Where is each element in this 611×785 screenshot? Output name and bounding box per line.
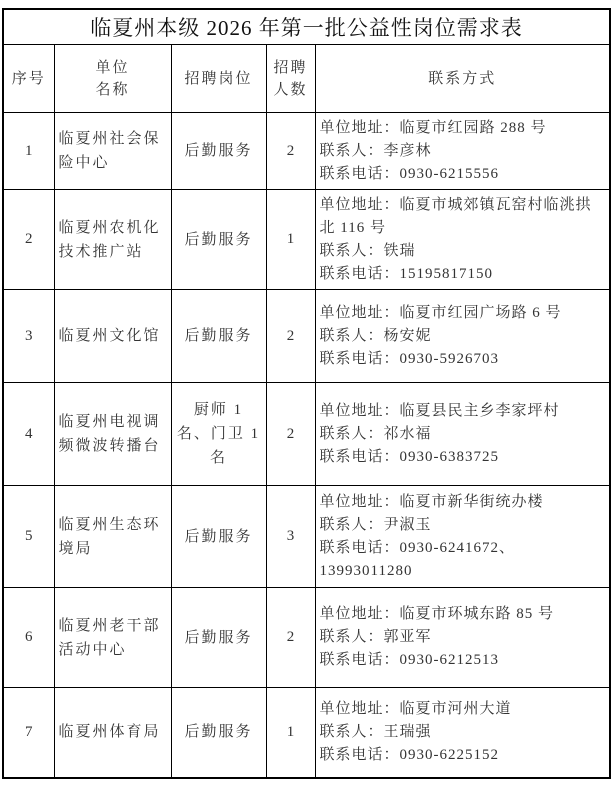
cell-unit: 临夏州农机化技术推广站 [54,190,171,290]
title-row: 临夏州本级 2026 年第一批公益性岗位需求表 [3,9,610,45]
cell-unit: 临夏州生态环境局 [54,486,171,588]
cell-no: 2 [3,190,54,290]
cell-unit: 临夏州社会保险中心 [54,113,171,190]
cell-contact: 单位地址：临夏市红园路 288 号 联系人：李彦林 联系电话：0930-6215… [315,113,610,190]
cell-position: 厨师 1 名、门卫 1 名 [171,383,266,486]
cell-count: 2 [266,290,315,383]
table-row: 3临夏州文化馆后勤服务2单位地址：临夏市红园广场路 6 号 联系人：杨安妮 联系… [3,290,610,383]
cell-unit: 临夏州电视调频微波转播台 [54,383,171,486]
table-row: 7临夏州体育局后勤服务1单位地址：临夏市河州大道 联系人：王瑞强 联系电话：09… [3,688,610,778]
cell-contact: 单位地址：临夏市红园广场路 6 号 联系人：杨安妮 联系电话：0930-5926… [315,290,610,383]
cell-unit: 临夏州体育局 [54,688,171,778]
cell-count: 2 [266,588,315,688]
cell-count: 2 [266,113,315,190]
cell-count: 2 [266,383,315,486]
cell-unit: 临夏州文化馆 [54,290,171,383]
cell-position: 后勤服务 [171,113,266,190]
table-body: 1临夏州社会保险中心后勤服务2单位地址：临夏市红园路 288 号 联系人：李彦林… [3,113,610,778]
header-row: 序号 单位 名称 招聘岗位 招聘 人数 联系方式 [3,45,610,113]
column-header-count: 招聘 人数 [266,45,315,113]
cell-position: 后勤服务 [171,688,266,778]
column-header-contact: 联系方式 [315,45,610,113]
column-header-no: 序号 [3,45,54,113]
table-row: 5临夏州生态环境局后勤服务3单位地址：临夏市新华街统办楼 联系人：尹淑玉 联系电… [3,486,610,588]
cell-count: 1 [266,688,315,778]
cell-no: 1 [3,113,54,190]
cell-position: 后勤服务 [171,190,266,290]
table-row: 2临夏州农机化技术推广站后勤服务1单位地址：临夏市城郊镇瓦窑村临洮拱北 116 … [3,190,610,290]
cell-count: 3 [266,486,315,588]
cell-no: 5 [3,486,54,588]
column-header-position: 招聘岗位 [171,45,266,113]
cell-contact: 单位地址：临夏市环城东路 85 号 联系人：郭亚军 联系电话：0930-6212… [315,588,610,688]
cell-contact: 单位地址：临夏市城郊镇瓦窑村临洮拱北 116 号 联系人：铁瑞 联系电话：151… [315,190,610,290]
table-row: 1临夏州社会保险中心后勤服务2单位地址：临夏市红园路 288 号 联系人：李彦林… [3,113,610,190]
cell-no: 4 [3,383,54,486]
cell-count: 1 [266,190,315,290]
cell-contact: 单位地址：临夏市新华街统办楼 联系人：尹淑玉 联系电话：0930-6241672… [315,486,610,588]
cell-no: 3 [3,290,54,383]
cell-position: 后勤服务 [171,486,266,588]
cell-position: 后勤服务 [171,588,266,688]
column-header-unit: 单位 名称 [54,45,171,113]
table-row: 4临夏州电视调频微波转播台厨师 1 名、门卫 1 名2单位地址：临夏县民主乡李家… [3,383,610,486]
cell-contact: 单位地址：临夏县民主乡李家坪村 联系人：祁水福 联系电话：0930-638372… [315,383,610,486]
table-title: 临夏州本级 2026 年第一批公益性岗位需求表 [3,9,610,45]
cell-contact: 单位地址：临夏市河州大道 联系人：王瑞强 联系电话：0930-6225152 [315,688,610,778]
cell-unit: 临夏州老干部活动中心 [54,588,171,688]
cell-no: 6 [3,588,54,688]
cell-no: 7 [3,688,54,778]
table-row: 6临夏州老干部活动中心后勤服务2单位地址：临夏市环城东路 85 号 联系人：郭亚… [3,588,610,688]
document-page: 临夏州本级 2026 年第一批公益性岗位需求表 序号 单位 名称 招聘岗位 招聘… [0,0,611,785]
jobs-demand-table: 临夏州本级 2026 年第一批公益性岗位需求表 序号 单位 名称 招聘岗位 招聘… [2,8,611,779]
cell-position: 后勤服务 [171,290,266,383]
